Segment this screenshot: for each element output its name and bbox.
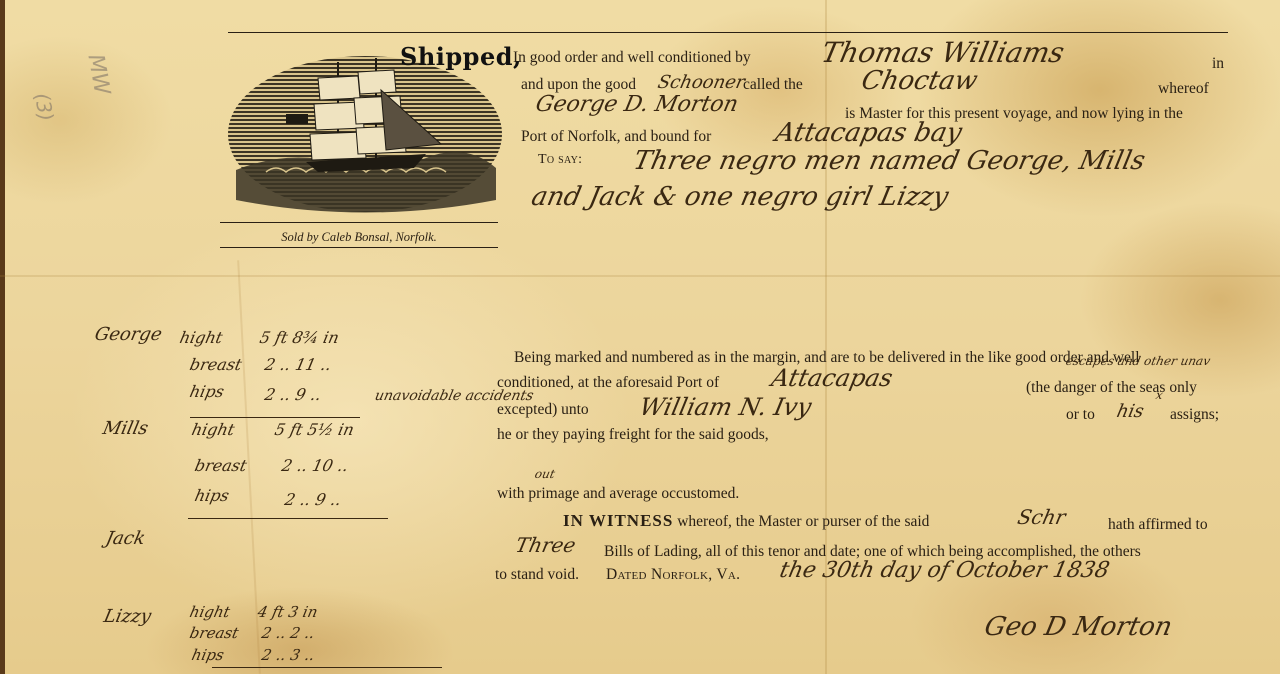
in-witness-clause: IN WITNESS whereof, the Master or purser… [563, 511, 929, 531]
insertion-text: escapes and other unav [1065, 354, 1212, 368]
margin-label: breast [188, 624, 240, 642]
master-name: George D. Morton [533, 92, 740, 117]
printed-text: whereof [1158, 80, 1209, 98]
printed-text: excepted) unto [497, 401, 589, 419]
margin-label: hips [190, 646, 226, 664]
to-say-label: To say: [538, 152, 582, 168]
margin-rule [190, 417, 360, 418]
destination-port: Attacapas [769, 364, 895, 392]
margin-label: hight [190, 420, 236, 439]
cargo-line-2: and Jack & one negro girl Lizzy [529, 182, 951, 212]
printed-text: assigns; [1170, 406, 1219, 424]
destination: Attacapas bay [773, 118, 965, 148]
insertion-text: out [534, 467, 557, 481]
margin-label: hips [188, 382, 226, 401]
margin-label: breast [188, 355, 244, 374]
vessel-type: Schooner [656, 72, 747, 93]
printed-text: Port of Norfolk, and bound for [521, 128, 711, 146]
printed-text: with primage and average occustomed. [497, 485, 739, 503]
printed-text: hath affirmed to [1108, 516, 1208, 534]
pencil-mark: (3) [30, 91, 59, 123]
margin-value: 2 .. 3 .. [260, 646, 316, 664]
top-rule [228, 32, 1228, 33]
margin-label: hight [178, 328, 224, 347]
master-signature: Geo D Morton [982, 612, 1175, 642]
bill-count: Three [513, 533, 578, 557]
margin-value: 2 .. 9 .. [263, 385, 323, 404]
margin-value: 4 ft 3 in [256, 603, 319, 621]
printed-text: or to [1066, 406, 1095, 424]
dated-label: Dated Norfolk, Va. [606, 566, 740, 584]
printed-text: to stand void. [495, 566, 579, 584]
margin-name-jack: Jack [104, 528, 147, 549]
fold-crease [0, 275, 1280, 277]
margin-rule [188, 518, 388, 519]
in-witness-heading: IN WITNESS [563, 511, 673, 530]
printed-text: conditioned, at the aforesaid Port of [497, 374, 719, 392]
printer-caption: Sold by Caleb Bonsal, Norfolk. [220, 230, 498, 245]
printed-text: In good order and well conditioned by [513, 49, 751, 67]
shipped-heading: Shipped, [400, 42, 522, 71]
printed-text: called the [743, 76, 803, 94]
cargo-line-1: Three negro men named George, Mills [631, 146, 1148, 176]
margin-label: breast [193, 456, 249, 475]
margin-label: hight [188, 603, 232, 621]
paper-edge [0, 0, 5, 674]
printed-text: he or they paying freight for the said g… [497, 426, 769, 444]
printed-text: in [1212, 55, 1224, 73]
margin-name-lizzy: Lizzy [102, 606, 153, 627]
caption-rule [220, 247, 498, 248]
margin-label: hips [193, 486, 231, 505]
margin-value: 5 ft 8¾ in [258, 328, 341, 347]
consignee-name: William N. Ivy [637, 393, 814, 421]
margin-value: 2 .. 9 .. [283, 490, 343, 509]
date-written: the 30th day of October 1838 [777, 558, 1111, 583]
assigns-pronoun: his [1115, 401, 1146, 422]
vessel-abbreviation: Schr [1015, 505, 1067, 529]
vessel-name: Choctaw [859, 66, 980, 96]
margin-value: 5 ft 5½ in [273, 420, 356, 439]
margin-name-mills: Mills [101, 418, 150, 439]
caption-rule [220, 222, 498, 223]
printed-text: (the danger of the seas only [1026, 379, 1197, 397]
printed-text: whereof, the Master or purser of the sai… [677, 513, 929, 530]
margin-value: 2 .. 2 .. [260, 624, 316, 642]
shipper-name: Thomas Williams [818, 36, 1067, 69]
margin-value: 2 .. 10 .. [280, 456, 350, 475]
margin-name-george: George [93, 324, 164, 345]
sailing-ship-icon [226, 50, 504, 218]
margin-rule [212, 667, 442, 668]
margin-value: 2 .. 11 .. [263, 355, 333, 374]
